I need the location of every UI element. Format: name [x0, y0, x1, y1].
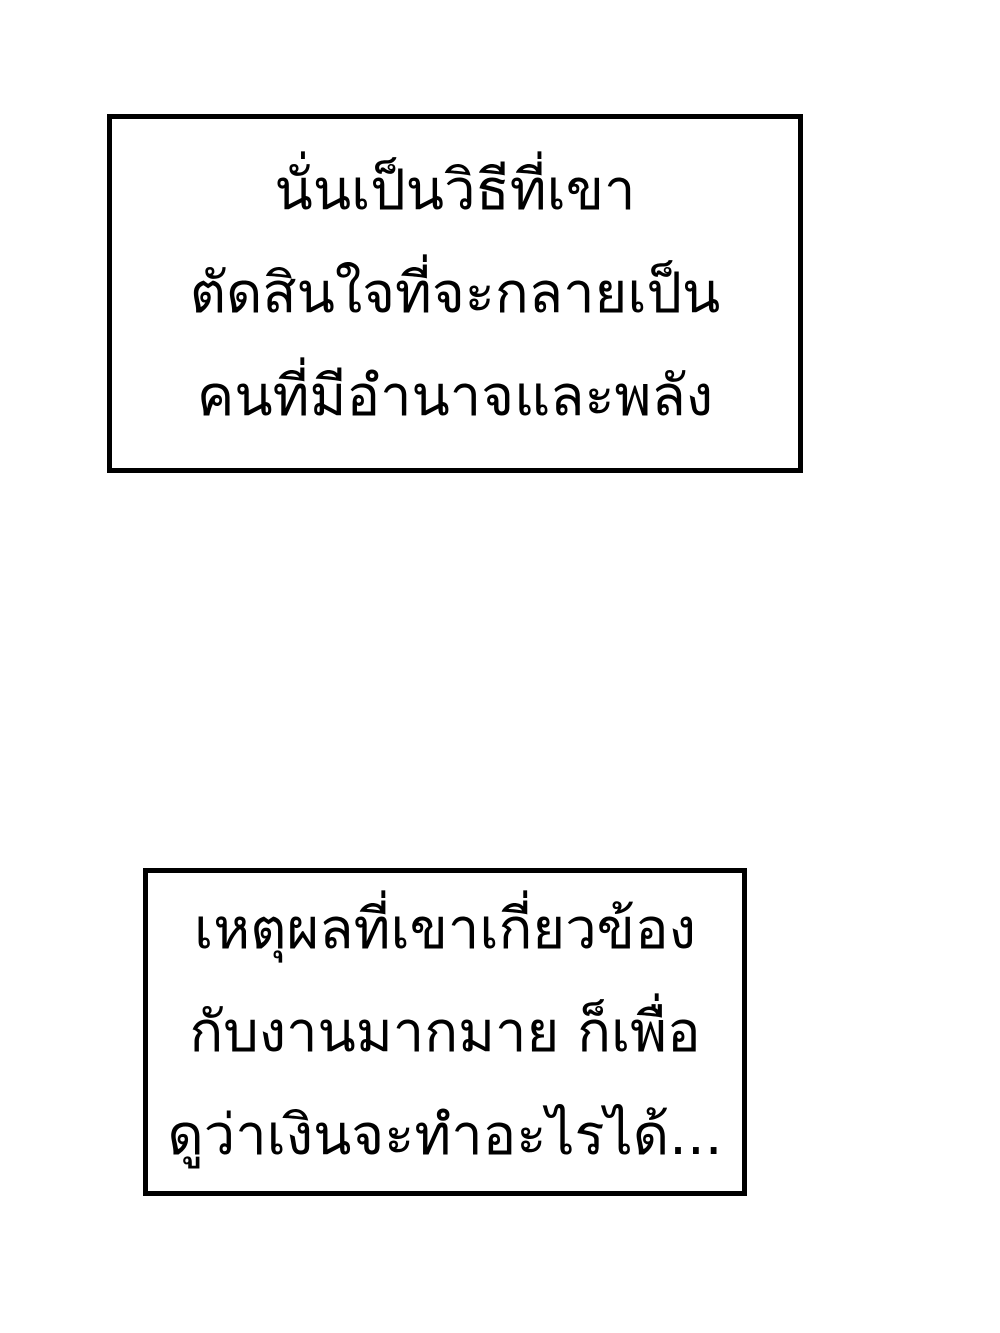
narration-1-line-2: ตัดสินใจที่จะกลายเป็น [190, 242, 721, 345]
narration-box-1: นั่นเป็นวิธีที่เขา ตัดสินใจที่จะกลายเป็น… [107, 114, 803, 473]
narration-2-line-3: ดูว่าเงินจะทำอะไรได้... [167, 1084, 722, 1187]
narration-box-2: เหตุผลที่เขาเกี่ยวข้อง กับงานมากมาย ก็เพ… [143, 868, 747, 1196]
narration-1-line-1: นั่นเป็นวิธีที่เขา [275, 139, 636, 242]
narration-2-line-2: กับงานมากมาย ก็เพื่อ [189, 981, 700, 1084]
comic-page: นั่นเป็นวิธีที่เขา ตัดสินใจที่จะกลายเป็น… [0, 0, 1000, 1333]
narration-2-line-1: เหตุผลที่เขาเกี่ยวข้อง [194, 878, 696, 981]
narration-1-line-3: คนที่มีอำนาจและพลัง [197, 345, 713, 448]
